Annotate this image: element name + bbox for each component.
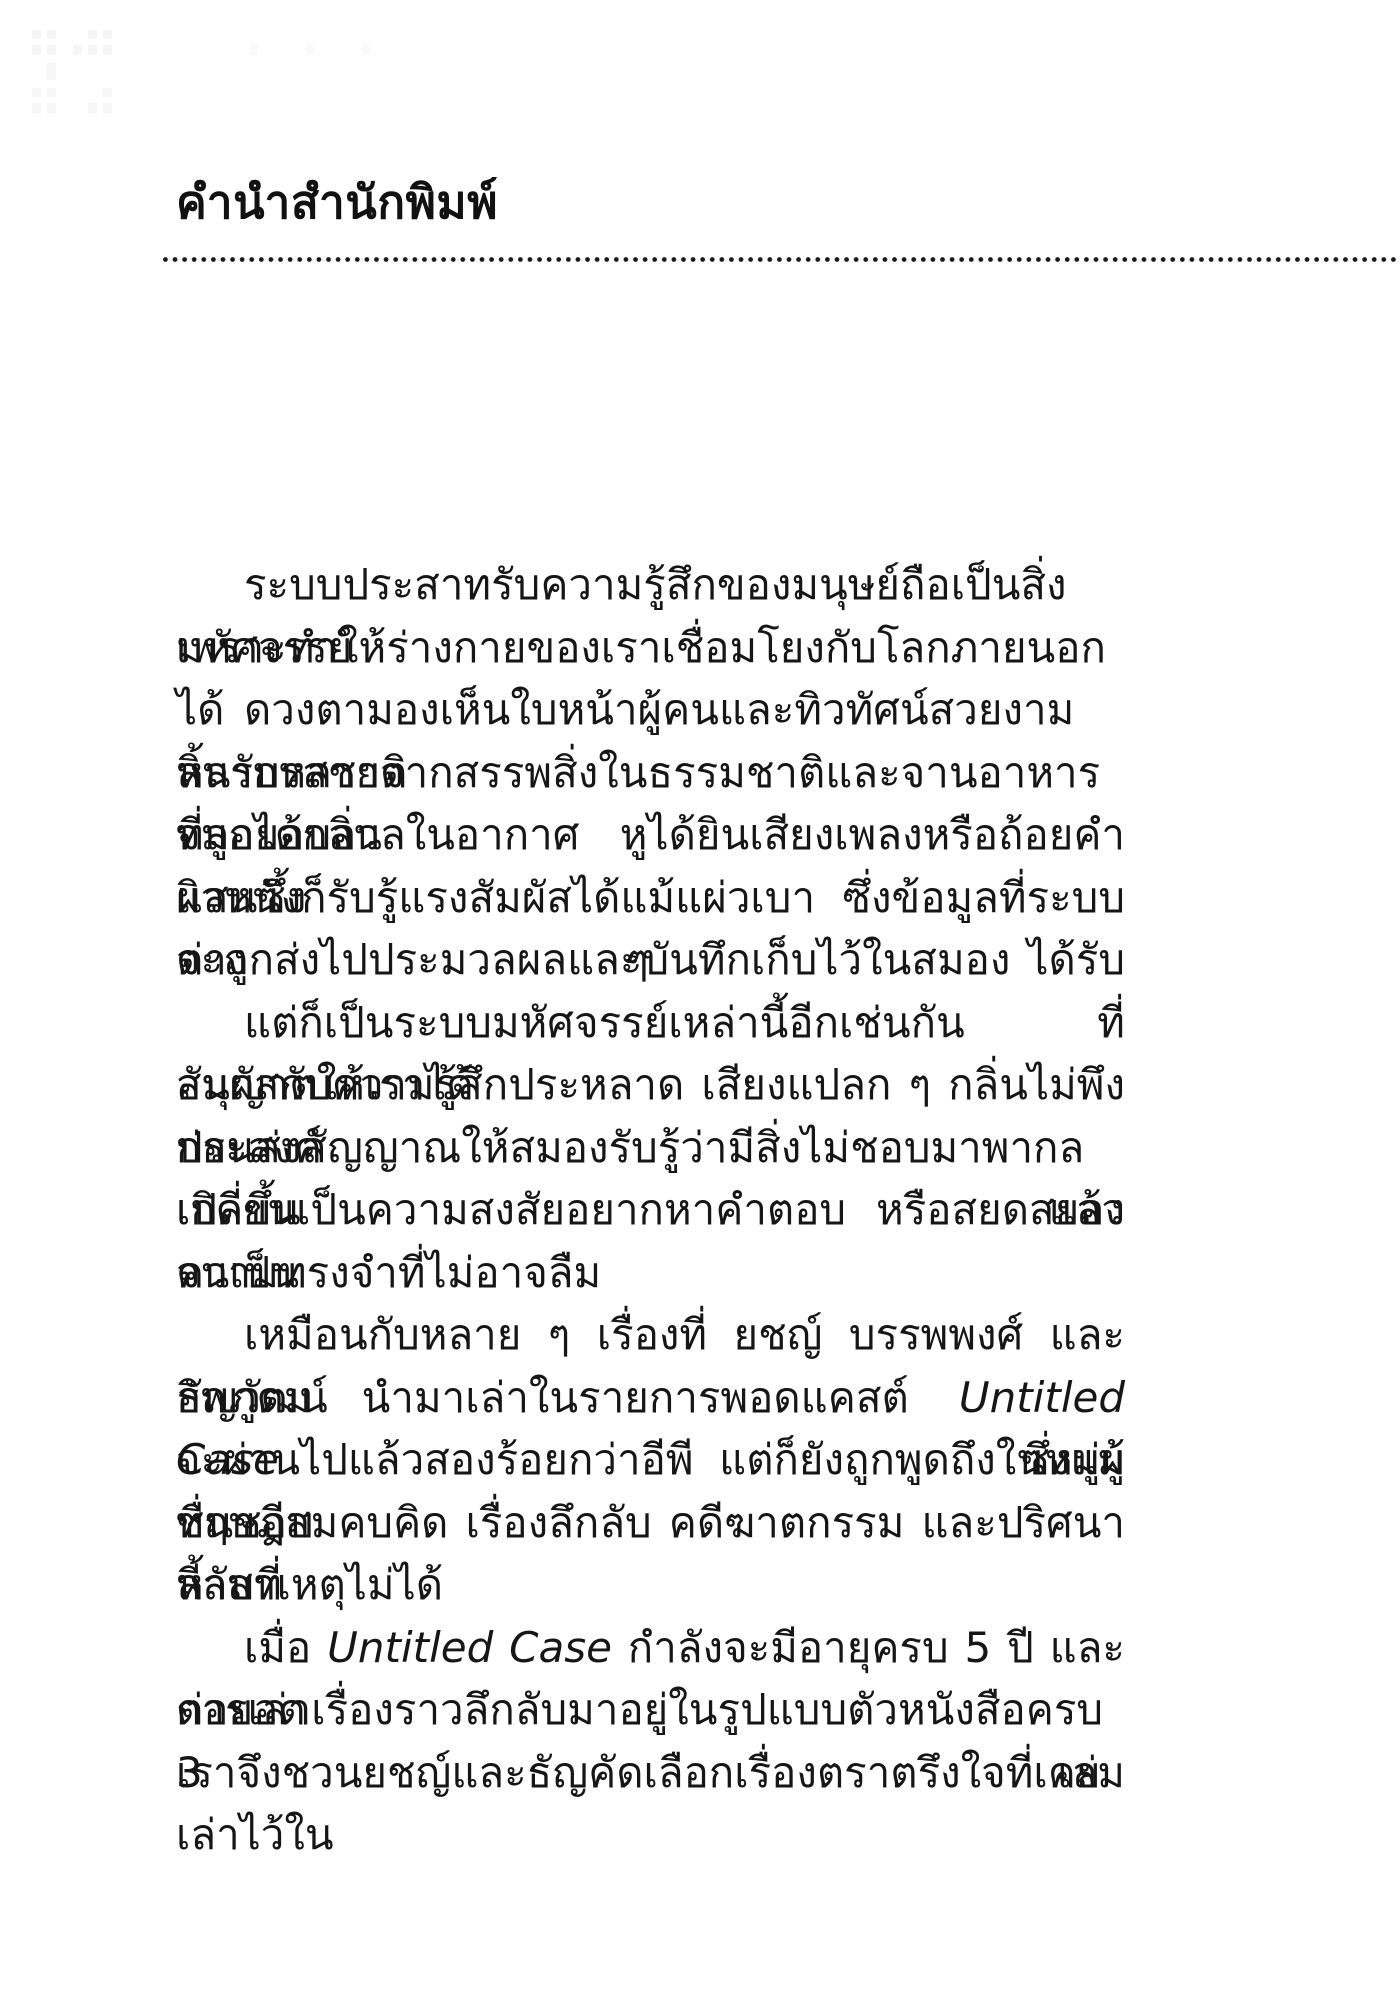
thai-text: หาสาเหตุไม่ได้ bbox=[176, 1560, 443, 1609]
text-line: แต่ก็เป็นระบบมหัศจรรย์เหล่านี้อีกเช่นกัน… bbox=[176, 992, 1125, 1055]
thai-text: เมื่อ bbox=[244, 1623, 327, 1672]
text-line: จะผ่านไปแล้วสองร้อยกว่าอีพี แต่ก็ยังถูกพ… bbox=[176, 1429, 1125, 1492]
text-line: ความทรงจำที่ไม่อาจลืม bbox=[176, 1242, 1125, 1305]
text-line: เหมือนกับหลาย ๆ เรื่องที่ ยชญ์ บรรพพงศ์ … bbox=[176, 1304, 1125, 1367]
podcast-name-italic: Untitled Case bbox=[327, 1623, 612, 1672]
dotted-divider bbox=[163, 256, 1400, 263]
text-line: ระบบประสาทรับความรู้สึกของมนุษย์ถือเป็นส… bbox=[176, 554, 1125, 617]
paragraph: แต่ก็เป็นระบบมหัศจรรย์เหล่านี้อีกเช่นกัน… bbox=[176, 992, 1125, 1305]
paragraph: ดวงตามองเห็นใบหน้าผู้คนและทิวทัศน์สวยงาม… bbox=[176, 679, 1125, 992]
thai-text: จะถูกส่งไปประมวลผลและบันทึกเก็บไว้ในสมอง bbox=[176, 935, 1010, 984]
paragraph: ระบบประสาทรับความรู้สึกของมนุษย์ถือเป็นส… bbox=[176, 554, 1125, 679]
thai-text: อิพภูดม นำมาเล่าในรายการพอดแคสต์ bbox=[176, 1373, 959, 1422]
text-line: การเล่าเรื่องราวลึกลับมาอยู่ในรูปแบบตัวห… bbox=[176, 1679, 1125, 1742]
text-line: อิพภูดม นำมาเล่าในรายการพอดแคสต์ Untitle… bbox=[176, 1367, 1125, 1430]
text-line: ก่อนส่งสัญญาณให้สมองรับรู้ว่ามีสิ่งไม่ชอ… bbox=[176, 1117, 1125, 1180]
text-line: เปลี่ยนเป็นความสงสัยอยากหาคำตอบ หรือสยดส… bbox=[176, 1179, 1125, 1242]
text-line: ดวงตามองเห็นใบหน้าผู้คนและทิวทัศน์สวยงาม… bbox=[176, 679, 1125, 742]
body-paragraphs: ระบบประสาทรับความรู้สึกของมนุษย์ถือเป็นส… bbox=[176, 554, 1125, 1804]
text-line: ทฤษฎีสมคบคิด เรื่องลึกลับ คดีฆาตกรรม และ… bbox=[176, 1492, 1125, 1555]
text-line: หาสาเหตุไม่ได้ bbox=[176, 1554, 1125, 1617]
page-title: คำนำสำนักพิมพ์ bbox=[176, 166, 498, 239]
text-line: เพราะทำให้ร่างกายของเราเชื่อมโยงกับโลกภา… bbox=[176, 617, 1125, 680]
paragraph: เหมือนกับหลาย ๆ เรื่องที่ ยชญ์ บรรพพงศ์ … bbox=[176, 1304, 1125, 1617]
text-line: เราจึงชวนยชญ์และธัญคัดเลือกเรื่องตราตรึง… bbox=[176, 1742, 1125, 1805]
text-line: เมื่อ Untitled Case กำลังจะมีอายุครบ 5 ป… bbox=[176, 1617, 1125, 1680]
text-line: จะถูกส่งไปประมวลผลและบันทึกเก็บไว้ในสมอง bbox=[176, 929, 1125, 992]
text-line: หลากหลายจากสรรพสิ่งในธรรมชาติและจานอาหาร… bbox=[176, 742, 1125, 805]
text-line: ผิวหนังก็รับรู้แรงสัมผัสได้แม้แผ่วเบา ซึ… bbox=[176, 867, 1125, 930]
paragraph: เมื่อ Untitled Case กำลังจะมีอายุครบ 5 ป… bbox=[176, 1617, 1125, 1805]
text-line: สัมผัสกับความรู้สึกประหลาด เสียงแปลก ๆ ก… bbox=[176, 1054, 1125, 1117]
text-line: ที่ลอยอบอวลในอากาศ หูได้ยินเสียงเพลงหรือ… bbox=[176, 804, 1125, 867]
book-page: คำนำสำนักพิมพ์ ระบบประสาทรับความรู้สึกขอ… bbox=[0, 0, 1400, 2016]
thai-text: ความทรงจำที่ไม่อาจลืม bbox=[176, 1248, 601, 1297]
thai-text: เราจึงชวนยชญ์และธัญคัดเลือกเรื่องตราตรึง… bbox=[176, 1748, 1101, 1860]
